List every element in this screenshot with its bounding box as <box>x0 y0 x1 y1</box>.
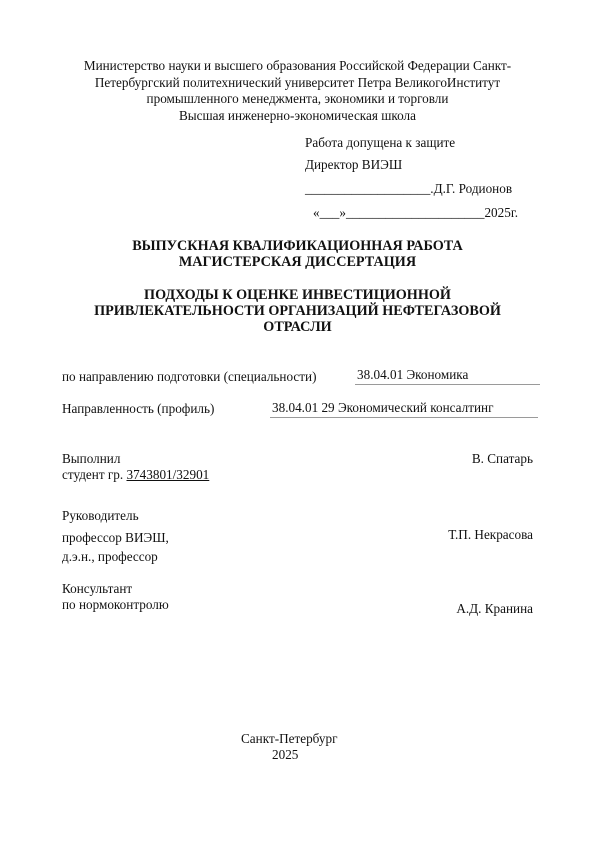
supervisor-degree: д.э.н., профессор <box>62 549 158 565</box>
consultant-name: А.Д. Кранина <box>456 601 533 617</box>
director-name: .Д.Г. Родионов <box>430 181 512 196</box>
admitted-to-defense: Работа допущена к защите <box>305 135 455 151</box>
signature-line: ___________________ <box>305 181 430 196</box>
student-group-prefix: студент гр. <box>62 467 126 482</box>
approval-date: «___»_____________________2025г. <box>313 205 518 221</box>
specialty-value: 38.04.01 Экономика <box>355 367 540 385</box>
supervisor-position: профессор ВИЭШ, <box>62 530 169 546</box>
header-line-3: промышленного менеджмента, экономики и т… <box>40 91 555 108</box>
thesis-title-line-2: ПРИВЛЕКАТЕЛЬНОСТИ ОРГАНИЗАЦИЙ НЕФТЕГАЗОВ… <box>40 303 555 319</box>
work-type-line-1: ВЫПУСКНАЯ КВАЛИФИКАЦИОННАЯ РАБОТА <box>40 238 555 254</box>
footer-year: 2025 <box>272 747 298 763</box>
thesis-title-line-1: ПОДХОДЫ К ОЦЕНКЕ ИНВЕСТИЦИОННОЙ <box>40 287 555 303</box>
thesis-title: ПОДХОДЫ К ОЦЕНКЕ ИНВЕСТИЦИОННОЙ ПРИВЛЕКА… <box>40 287 555 335</box>
consultant-role: Консультант <box>62 581 132 597</box>
thesis-title-line-3: ОТРАСЛИ <box>40 319 555 335</box>
specialty-label: по направлению подготовки (специальности… <box>62 369 316 385</box>
student-name: В. Спатарь <box>472 451 533 467</box>
consultant-area: по нормоконтролю <box>62 597 169 613</box>
supervisor-role: Руководитель <box>62 508 139 524</box>
header-line-4: Высшая инженерно-экономическая школа <box>40 108 555 125</box>
student-group: студент гр. 3743801/32901 <box>62 467 209 483</box>
work-type: ВЫПУСКНАЯ КВАЛИФИКАЦИОННАЯ РАБОТА МАГИСТ… <box>40 238 555 270</box>
profile-label: Направленность (профиль) <box>62 401 214 417</box>
footer-city: Санкт-Петербург <box>241 731 338 747</box>
student-group-number: 3743801/32901 <box>126 467 209 482</box>
director-signature: ___________________.Д.Г. Родионов <box>305 181 512 197</box>
supervisor-name: Т.П. Некрасова <box>448 527 533 543</box>
student-role: Выполнил <box>62 451 120 467</box>
director-position: Директор ВИЭШ <box>305 157 402 173</box>
work-type-line-2: МАГИСТЕРСКАЯ ДИССЕРТАЦИЯ <box>40 254 555 270</box>
institution-header: Министерство науки и высшего образования… <box>40 58 555 124</box>
header-line-2: Петербургский политехнический университе… <box>40 75 555 92</box>
profile-value: 38.04.01 29 Экономический консалтинг <box>270 400 538 418</box>
header-line-1: Министерство науки и высшего образования… <box>40 58 555 75</box>
